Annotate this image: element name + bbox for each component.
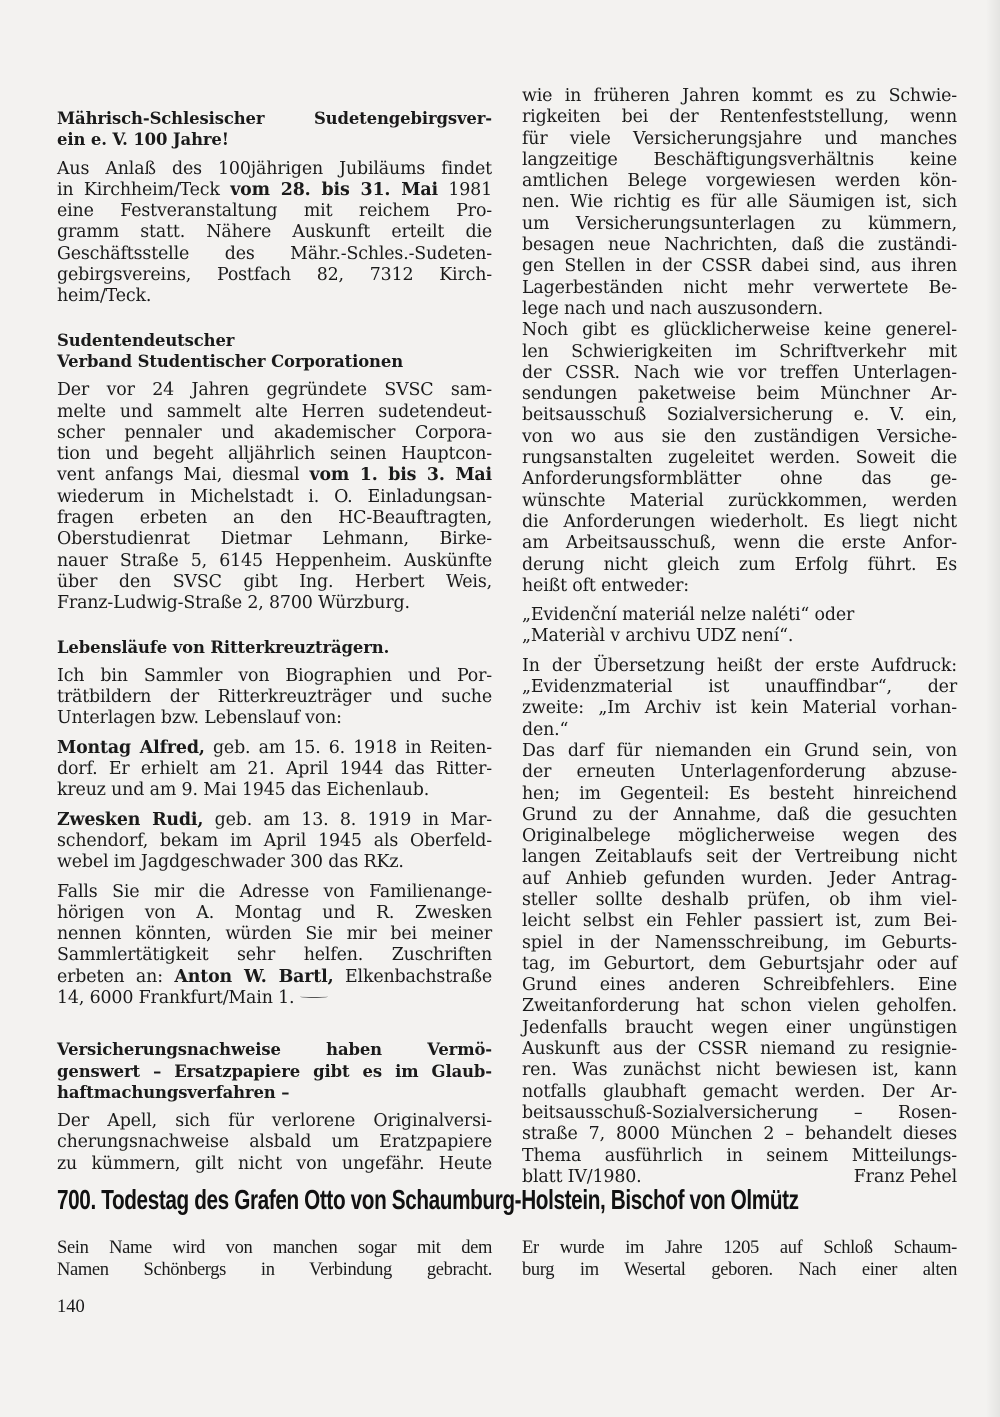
article-heading: Versicherungsnachweise haben Vermö- gens… bbox=[57, 1039, 492, 1103]
body-line: Er wurde im Jahre 1205 auf Schloß Schaum… bbox=[522, 1237, 957, 1259]
bold-name: Zwesken Rudi, bbox=[57, 810, 203, 830]
body-line: derung nicht gleich zum Erfolg führt. Es bbox=[522, 555, 957, 576]
print-mark bbox=[300, 995, 328, 998]
article-paragraph: In der Übersetzung heißt der erste Aufdr… bbox=[522, 656, 957, 741]
article-heading: Sudentendeutscher Verband Studentischer … bbox=[57, 330, 492, 373]
body-line: Lagerbeständen nicht mehr verwertete Be- bbox=[522, 278, 957, 299]
heading-line: Verband Studentischer Corporationen bbox=[57, 351, 492, 372]
body-line: „Materiàl v archivu UDZ není“. bbox=[522, 626, 957, 647]
body-line: langzeitige Beschäftigungsverhältnis kei… bbox=[522, 150, 957, 171]
body-line: Zwesken Rudi, geb. am 13. 8. 1919 in Mar… bbox=[57, 810, 492, 831]
body-line: tion und begeht alljährlich seinen Haupt… bbox=[57, 444, 492, 465]
body-line: heim/Teck. bbox=[57, 286, 492, 307]
article-body: Der Apell, sich für verlorene Originalve… bbox=[57, 1111, 492, 1175]
body-line: beitsausschuß-Sozialversicherung – Rosen… bbox=[522, 1103, 957, 1124]
body-line: Der Apell, sich für verlorene Originalve… bbox=[57, 1111, 492, 1132]
body-line: ren. Was zunächst nicht bewiesen ist, ka… bbox=[522, 1060, 957, 1081]
body-line: hen; im Gegenteil: Es besteht hinreichen… bbox=[522, 784, 957, 805]
body-line: Thema ausführlich in seinem Mitteilungs- bbox=[522, 1146, 957, 1167]
body-line: amtlichen Belege vorgewiesen werden kön- bbox=[522, 171, 957, 192]
heading-line: haftmachungsverfahren – bbox=[57, 1082, 492, 1103]
article-paragraph: Ich bin Sammler von Biographien und Por-… bbox=[57, 666, 492, 730]
scan-edge-shadow bbox=[986, 0, 1000, 1417]
body-line: Grund zu der Annahme, daß die gesuchten bbox=[522, 805, 957, 826]
body-line: auf Anhieb gefunden wurden. Jeder Antrag… bbox=[522, 869, 957, 890]
article-versicherungsnachweise: Versicherungsnachweise haben Vermö- gens… bbox=[57, 1039, 492, 1175]
body-line: steller sollte deshalb prüfen, ob ihm vi… bbox=[522, 890, 957, 911]
bold-date: vom 28. bis 31. Mai bbox=[230, 180, 438, 200]
body-line: tag, im Geburtort, dem Geburtsjahr oder … bbox=[522, 954, 957, 975]
body-line: Anforderungsformblätter ohne das ge- bbox=[522, 469, 957, 490]
body-line: der erneuten Unterlagenforderung abzuse- bbox=[522, 762, 957, 783]
body-line: den.“ bbox=[522, 720, 957, 741]
body-line: Originalbelege möglicherweise wegen des bbox=[522, 826, 957, 847]
magazine-page: Mährisch-Schlesischer Sudetengebirgsver-… bbox=[0, 0, 1000, 1417]
body-line: cherungsnachweise alsbald um Eratzpapier… bbox=[57, 1132, 492, 1153]
body-line: dorf. Er erhielt am 21. April 1944 das R… bbox=[57, 759, 492, 780]
body-line: Das darf für niemanden ein Grund sein, v… bbox=[522, 741, 957, 762]
body-line: melte und sammelt alte Herren sudetendeu… bbox=[57, 402, 492, 423]
body-line: spiel in der Namensschreibung, im Geburt… bbox=[522, 933, 957, 954]
bottom-right-column: Er wurde im Jahre 1205 auf Schloß Schaum… bbox=[522, 1237, 957, 1281]
body-line: wie in früheren Jahren kommt es zu Schwi… bbox=[522, 86, 957, 107]
page-number: 140 bbox=[57, 1297, 85, 1318]
body-line: Franz-Ludwig-Straße 2, 8700 Würzburg. bbox=[57, 593, 492, 614]
body-line: trätbildern der Ritterkreuzträger und su… bbox=[57, 687, 492, 708]
article-paragraph: Zwesken Rudi, geb. am 13. 8. 1919 in Mar… bbox=[57, 810, 492, 874]
body-line: In der Übersetzung heißt der erste Aufdr… bbox=[522, 656, 957, 677]
body-line: zweite: „Im Archiv ist kein Material vor… bbox=[522, 698, 957, 719]
heading-line: ein e. V. 100 Jahre! bbox=[57, 129, 492, 150]
body-line: von wo aus sie den zuständigen Versiche- bbox=[522, 427, 957, 448]
heading-line: genswert – Ersatzpapiere gibt es im Glau… bbox=[57, 1061, 492, 1082]
body-line: scher pennaler und akademischer Corpora- bbox=[57, 423, 492, 444]
czech-quote: „Evidenční materiál nelze naléti“ oder „… bbox=[522, 605, 957, 648]
heading-line: Sudentendeutscher bbox=[57, 330, 492, 351]
body-line: am Arbeitsausschuß, wenn die erste Anfor… bbox=[522, 533, 957, 554]
body-line: wiederum in Michelstadt i. O. Einladungs… bbox=[57, 487, 492, 508]
body-line: nennen könnten, würden Sie mir bei meine… bbox=[57, 924, 492, 945]
bold-date: vom 1. bis 3. Mai bbox=[310, 465, 493, 485]
article-paragraph: wie in früheren Jahren kommt es zu Schwi… bbox=[522, 86, 957, 320]
body-line: 14, 6000 Frankfurt/Main 1. bbox=[57, 988, 492, 1009]
body-line: Zweitanforderung hat schon vielen geholf… bbox=[522, 996, 957, 1017]
body-line: „Evidenční materiál nelze naléti“ oder bbox=[522, 605, 957, 626]
bold-name: Montag Alfred, bbox=[57, 738, 205, 758]
body-line: eine Festveranstaltung mit reichem Pro- bbox=[57, 201, 492, 222]
body-line: hörigen von A. Montag und R. Zwesken bbox=[57, 903, 492, 924]
body-line: Auskunft aus der CSSR niemand zu resigni… bbox=[522, 1039, 957, 1060]
body-line: erbeten an: Anton W. Bartl, Elkenbachstr… bbox=[57, 967, 492, 988]
body-line: um Versicherungsunterlagen zu kümmern, bbox=[522, 214, 957, 235]
body-line: gebirgsvereins, Postfach 82, 7312 Kirch- bbox=[57, 265, 492, 286]
body-line: Oberstudienrat Dietmar Lehmann, Birke- bbox=[57, 529, 492, 550]
body-line: Geschäftsstelle des Mähr.-Schles.-Sudete… bbox=[57, 244, 492, 265]
body-line: Jedenfalls braucht wegen einer ungünstig… bbox=[522, 1018, 957, 1039]
body-line: Aus Anlaß des 100jährigen Jubiläums find… bbox=[57, 159, 492, 180]
right-column: wie in früheren Jahren kommt es zu Schwi… bbox=[522, 86, 957, 1188]
body-line: straße 7, 8000 München 2 – behandelt die… bbox=[522, 1124, 957, 1145]
body-line: „Evidenzmaterial ist unauffindbar“, der bbox=[522, 677, 957, 698]
body-line: Namen Schönbergs in Verbindung gebracht. bbox=[57, 1259, 492, 1281]
article-heading: Mährisch-Schlesischer Sudetengebirgsver-… bbox=[57, 108, 492, 151]
body-line: leicht selbst ein Fehler passiert ist, z… bbox=[522, 911, 957, 932]
body-line: Falls Sie mir die Adresse von Familienan… bbox=[57, 882, 492, 903]
body-line: beitsausschuß Sozialversicherung e. V. e… bbox=[522, 405, 957, 426]
body-line: kreuz und am 9. Mai 1945 das Eichenlaub. bbox=[57, 780, 492, 801]
body-line: für viele Versicherungsjahre und manches bbox=[522, 129, 957, 150]
body-line: Sammlertätigkeit sehr helfen. Zuschrifte… bbox=[57, 945, 492, 966]
body-line: gramm statt. Nähere Auskunft erteilt die bbox=[57, 222, 492, 243]
article-title: 700. Todestag des Grafen Otto von Schaum… bbox=[57, 1183, 964, 1217]
body-line: sendungen paketweise beim Münchner Ar- bbox=[522, 384, 957, 405]
body-line: rungsanstalten zugeleitet werden. Soweit… bbox=[522, 448, 957, 469]
body-line: der CSSR. Nach wie vor treffen Unterlage… bbox=[522, 363, 957, 384]
body-line: über den SVSC gibt Ing. Herbert Weis, bbox=[57, 572, 492, 593]
article-ritterkreuztraeger: Lebensläufe von Ritterkreuzträgern. Ich … bbox=[57, 637, 492, 1010]
body-line: gen Stellen in der CSSR dabei sind, aus … bbox=[522, 256, 957, 277]
bold-name: Anton W. Bartl, bbox=[174, 967, 333, 987]
body-line: burg im Wesertal geboren. Nach einer alt… bbox=[522, 1259, 957, 1281]
body-line: nen. Wie richtig es für alle Säumigen is… bbox=[522, 192, 957, 213]
body-line: Noch gibt es glücklicherweise keine gene… bbox=[522, 320, 957, 341]
body-line: webel im Jagdgeschwader 300 das RKz. bbox=[57, 852, 492, 873]
bottom-left-column: Sein Name wird von manchen sogar mit dem… bbox=[57, 1237, 492, 1281]
body-line: len Schwierigkeiten im Schriftverkehr mi… bbox=[522, 342, 957, 363]
article-paragraph: Noch gibt es glücklicherweise keine gene… bbox=[522, 320, 957, 597]
body-line: Sein Name wird von manchen sogar mit dem bbox=[57, 1237, 492, 1259]
article-body: Aus Anlaß des 100jährigen Jubiläums find… bbox=[57, 159, 492, 308]
body-line: fragen erbeten an den HC-Beauftragten, bbox=[57, 508, 492, 529]
body-line: rigkeiten bei der Rentenfeststellung, we… bbox=[522, 107, 957, 128]
article-heading: Lebensläufe von Ritterkreuzträgern. bbox=[57, 637, 492, 658]
heading-line: Mährisch-Schlesischer Sudetengebirgsver- bbox=[57, 108, 492, 129]
body-line: heißt oft entweder: bbox=[522, 576, 957, 597]
body-line: Der vor 24 Jahren gegründete SVSC sam- bbox=[57, 380, 492, 401]
body-line: Unterlagen bzw. Lebenslauf von: bbox=[57, 708, 492, 729]
article-body: Der vor 24 Jahren gegründete SVSC sam- m… bbox=[57, 380, 492, 614]
body-line: die Anforderungen wiederholt. Es liegt n… bbox=[522, 512, 957, 533]
body-line: Grund eines anderen Schreibfehlers. Eine bbox=[522, 975, 957, 996]
article-paragraph: Das darf für niemanden ein Grund sein, v… bbox=[522, 741, 957, 1188]
body-line: lege nach und nach auszusondern. bbox=[522, 299, 957, 320]
body-line: Montag Alfred, geb. am 15. 6. 1918 in Re… bbox=[57, 738, 492, 759]
body-line: vent anfangs Mai, diesmal vom 1. bis 3. … bbox=[57, 465, 492, 486]
body-line: besagen neue Nachrichten, daß die zustän… bbox=[522, 235, 957, 256]
article-paragraph: Falls Sie mir die Adresse von Familienan… bbox=[57, 882, 492, 1010]
body-line: langen Zeitablaufs seit der Vertreibung … bbox=[522, 847, 957, 868]
body-line: wünschte Material zurückkommen, werden bbox=[522, 491, 957, 512]
body-line: schendorf, bekam im April 1945 als Oberf… bbox=[57, 831, 492, 852]
body-line: in Kirchheim/Teck vom 28. bis 31. Mai 19… bbox=[57, 180, 492, 201]
body-line: Ich bin Sammler von Biographien und Por- bbox=[57, 666, 492, 687]
article-svsc: Sudentendeutscher Verband Studentischer … bbox=[57, 330, 492, 615]
article-sudetengebirgsverein: Mährisch-Schlesischer Sudetengebirgsver-… bbox=[57, 108, 492, 308]
body-line: zu kümmern, gilt nicht von ungefähr. Heu… bbox=[57, 1154, 492, 1175]
body-line: nauer Straße 5, 6145 Heppenheim. Auskünf… bbox=[57, 551, 492, 572]
body-line: notfalls glaubhaft gemacht werden. Der A… bbox=[522, 1082, 957, 1103]
article-paragraph: Montag Alfred, geb. am 15. 6. 1918 in Re… bbox=[57, 738, 492, 802]
heading-line: Versicherungsnachweise haben Vermö- bbox=[57, 1039, 492, 1060]
left-column: Mährisch-Schlesischer Sudetengebirgsver-… bbox=[57, 108, 492, 1189]
